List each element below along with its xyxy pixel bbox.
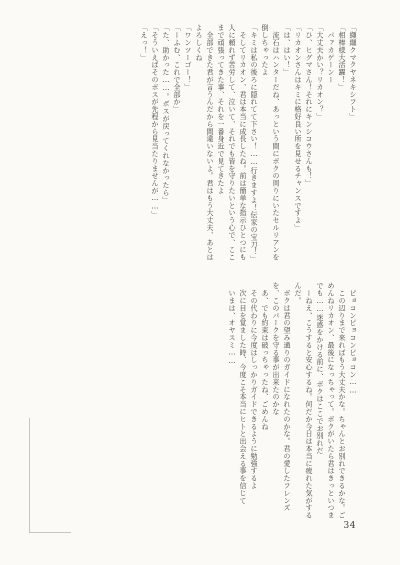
text-column-paragraph: 「大丈夫かい？リカオン？」 — [314, 24, 325, 266]
text-column-paragraph: 「相棒様大活躍！」 — [336, 24, 347, 266]
page-number: 34 — [344, 521, 356, 531]
text-column-paragraph: 「キミは私の後ろに隠れてて下さい！……行きますよ！伝家の宝刀！」 — [248, 24, 259, 266]
text-column-paragraph: そしてリカオン、君は本当に成長したね。前は簡単な指示ひとつにも人に頼れず苦労して… — [215, 24, 248, 266]
page-edge-line-vertical — [29, 418, 30, 533]
text-column-paragraph: 「ーふむ、これで全部か」 — [171, 24, 182, 266]
text-column-paragraph: ピョコンピョコンピョコン…… — [347, 282, 358, 520]
text-column-paragraph: 「ワンツーゴー！」 — [182, 24, 193, 266]
text-column-paragraph: 次に目を覚ました時、今度こそ本当にヒトと出会える事を信じて — [237, 282, 248, 520]
text-column-paragraph: 「そういえばそのボスが先程から見当たりませんが……」 — [149, 24, 160, 266]
text-column-paragraph: この辺りまで来ればもう大丈夫かな。ちゃんとお別れできるかな。ごめんねリカオン、最… — [314, 282, 347, 520]
text-column-paragraph: 「た、助かった……。ボスが戻ってくれなかったら」 — [160, 24, 171, 266]
text-column-paragraph: ーねえ、こうすると安心するね。何だか今日は本当に疲れた気がするんだ。 — [292, 282, 314, 520]
vertical-text-block-upper: 「纐纈クマクヤネキシフト」「相棒様大活躍！」 パァカゲーンー「大丈夫かい？リカオ… — [56, 24, 358, 266]
text-column-paragraph: あ、でも約束は破っちゃったね、ごめんね — [259, 282, 270, 520]
text-column-paragraph: 「纐纈クマクヤネキシフト」 — [347, 24, 358, 266]
text-column-paragraph: 流石はハンターだね、あっという間にボクの周りにいたセルリアンを倒しちゃったよ — [259, 24, 281, 266]
text-column-paragraph: その代わりに今度はしっかりガイドできるように勉強するよ — [248, 282, 259, 520]
text-column-paragraph: 「えっ！」 — [138, 24, 149, 266]
text-column-paragraph: ボクは君の望み通りのガイドになれたのかな。君の愛したフレンズを、このパークを守る… — [270, 282, 292, 520]
text-column-paragraph: パァカゲーンー — [325, 24, 336, 266]
text-column-paragraph: 「ひ、ヒグマさん！それにキンシコウさんも！」 — [303, 24, 314, 266]
page-edge-line-horizontal — [29, 532, 71, 533]
text-column-paragraph: いまは、オヤスミ…… — [226, 282, 237, 520]
text-column-paragraph: 「リカオンさんはキミに格好良い所を見せるチャンスですよ」 — [292, 24, 303, 266]
book-page: 「纐纈クマクヤネキシフト」「相棒様大活躍！」 パァカゲーンー「大丈夫かい？リカオ… — [0, 0, 400, 565]
text-column-paragraph: 「は、はい！」 — [281, 24, 292, 266]
text-column-paragraph: 全部できた君が言うんだから間違いないよ。君はもう大丈夫、あとはよろしくね — [193, 24, 215, 266]
vertical-text-block-lower: ピョコンピョコンピョコン…… この辺りまで来ればもう大丈夫かな。ちゃんとお別れで… — [56, 282, 358, 520]
